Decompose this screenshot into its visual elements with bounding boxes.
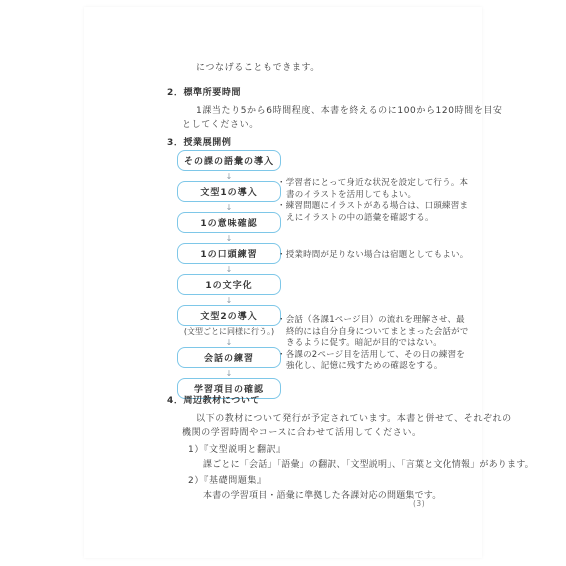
flow-box-pattern2-intro: 文型2の導入 [177,305,281,326]
section3-heading: 3．授業展開例 [167,137,231,149]
annotation-item: ・授業時間が足りない場合は宿題としてもよい。 [277,250,469,262]
page-surface [84,7,482,558]
down-arrow-icon: ↓ [226,203,233,212]
section2-heading: 2．標準所要時間 [167,87,241,99]
down-arrow-icon: ↓ [226,172,233,181]
down-arrow-icon: ↓ [226,234,233,243]
section4-item2-desc: 本書の学習項目・語彙に準拠した各課対応の問題集です。 [203,490,441,502]
annotation-item: ・学習者にとって身近な状況を設定して行う。本書のイラストを活用してもよい。 [277,178,469,201]
flowchart-repeat-note: (文型ごとに同様に行う。) [184,326,274,337]
annotation-group-writing: ・授業時間が足りない場合は宿題としてもよい。 [277,250,469,262]
flow-box-meaning-check: 1の意味確認 [177,212,281,233]
section4-item2-title: 2）『基礎問題集』 [188,475,267,487]
flow-box-pattern1-intro: 文型1の導入 [177,181,281,202]
down-arrow-icon: ↓ [226,296,233,305]
section4-heading: 4．周辺教材について [167,395,260,407]
book-page-photo: につなげることもできます。 2．標準所要時間 1課当たり5から6時間程度、本書を… [0,0,566,566]
annotation-item: ・練習問題にイラストがある場合は、口頭練習まえにイラストの中の語彙を確認する。 [277,201,469,224]
section4-item1-desc: 課ごとに「会話」「語彙」の翻訳、「文型説明」、「言葉と文化情報」があります。 [203,459,534,471]
down-arrow-icon: ↓ [226,265,233,274]
flow-box-writing: 1の文字化 [177,274,281,295]
flow-box-conversation-practice: 会話の練習 [177,347,281,368]
intro-paragraph-tail: につなげることもできます。 [196,62,320,74]
flow-box-vocabulary-intro: その課の語彙の導入 [177,150,281,171]
section2-body-line1: 1課当たり5から6時間程度、本書を終えるのに100から120時間を目安 [196,105,503,117]
section4-item1-title: 1）『文型説明と翻訳』 [188,444,286,456]
annotation-group-pattern-intro: ・学習者にとって身近な状況を設定して行う。本書のイラストを活用してもよい。 ・練… [277,178,469,224]
annotation-group-conversation: ・会話（各課1ページ目）の流れを理解させ、最終的には自分自身についてまとまった会… [277,315,469,373]
annotation-item: ・会話（各課1ページ目）の流れを理解させ、最終的には自分自身についてまとまった会… [277,315,469,350]
section4-body-line1: 以下の教材について発行が予定されています。本書と併せて、それぞれの [196,413,512,425]
flow-box-oral-practice: 1の口頭練習 [177,243,281,264]
section4-body-line2: 機関の学習時間やコースに合わせて活用してください。 [182,427,422,439]
page-number: (3) [413,499,425,508]
annotation-item: ・各課の2ページ目を活用して、その日の練習を強化し、記憶に残すための確認をする。 [277,350,469,373]
lesson-flowchart: その課の語彙の導入 ↓ 文型1の導入 ↓ 1の意味確認 ↓ 1の口頭練習 ↓ 1… [177,150,281,399]
down-arrow-icon: ↓ [226,338,233,347]
section2-body-line2: としてください。 [182,119,259,131]
down-arrow-icon: ↓ [226,369,233,378]
